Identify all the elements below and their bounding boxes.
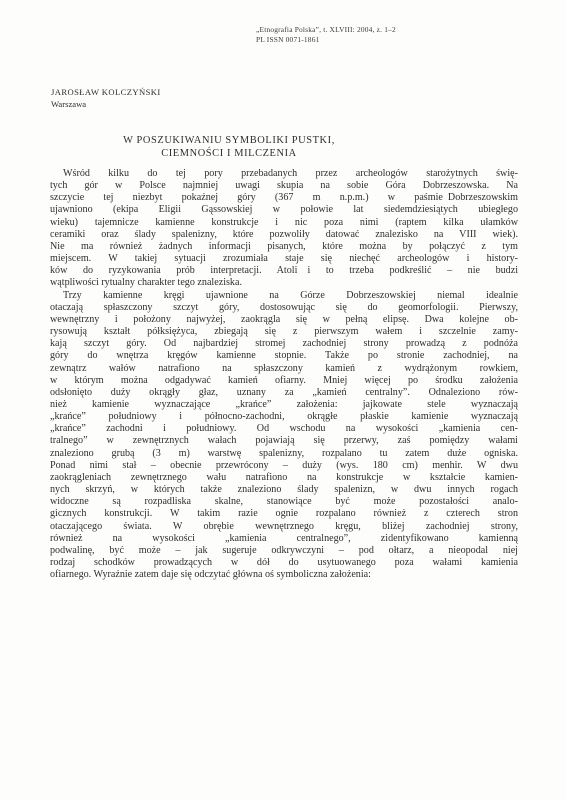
body-line: ceramiki oraz ślady spalenizny, które po… — [50, 229, 518, 241]
document-page: „Etnografia Polska”, t. XLVIII: 2004, z.… — [0, 0, 566, 800]
article-title-line1: W POSZUKIWANIU SYMBOLIKI PUSTKI, — [0, 134, 458, 147]
body-line: wewnętrzny i położony najwyżej, zaokrągl… — [50, 314, 518, 326]
body-line: tralnego” w zewnętrznych wałach pojawiaj… — [50, 435, 518, 447]
body-line: nież kamienie wyznaczające „krańce” zało… — [50, 399, 518, 411]
body-line: również na wysokości „kamienia centralne… — [50, 533, 518, 545]
body-line: ujawniono (ekipa Eligii Gąssowskiej w po… — [50, 204, 518, 216]
body-line: „krańce” zachodni i południowy. Od wscho… — [50, 423, 518, 435]
body-line: „krańce” południowy i północno-zachodni,… — [50, 411, 518, 423]
body-line: otaczającego świata. W obrębie wewnętrzn… — [50, 521, 518, 533]
article-body: Wśród kilku do tej pory przebadanych prz… — [50, 168, 518, 581]
body-line: wątpliwości rytualny charakter tego znal… — [50, 277, 518, 289]
body-line: zewnątrz wałów natrafiono na spłaszczony… — [50, 363, 518, 375]
body-line: ofiarnego. Wyraźnie zatem daje się odczy… — [50, 569, 518, 581]
body-line: szczycie tej niezbyt pokaźnej góry (367 … — [50, 192, 518, 204]
journal-header: „Etnografia Polska”, t. XLVIII: 2004, z.… — [256, 25, 396, 45]
body-line: miejscem. W takiej sytuacji zrozumiała s… — [50, 253, 518, 265]
body-line: tych gór w Polsce najmniej uwagi skupia … — [50, 180, 518, 192]
body-line: ków do ryzykowania prób interpretacji. A… — [50, 265, 518, 277]
body-line: Wśród kilku do tej pory przebadanych prz… — [50, 168, 518, 180]
body-line: w którym można odgadywać kamień ofiarny.… — [50, 375, 518, 387]
author-name: JAROSŁAW KOLCZYŃSKI — [51, 87, 161, 99]
journal-issn: PL ISSN 0071-1861 — [256, 35, 396, 45]
author-block: JAROSŁAW KOLCZYŃSKI Warszawa — [51, 87, 161, 110]
body-line: podwalinę, być może – jak sugeruje odkry… — [50, 545, 518, 557]
body-line: góry do wnętrza kręgów kamienne stopnie.… — [50, 350, 518, 362]
article-title: W POSZUKIWANIU SYMBOLIKI PUSTKI, CIEMNOŚ… — [0, 134, 458, 160]
body-line: znaleziono grubą (3 m) warstwę spalenizn… — [50, 448, 518, 460]
body-line: rysowują kształt półksiężyca, zbiegają s… — [50, 326, 518, 338]
body-line: nych skrzyń, w których także znaleziono … — [50, 484, 518, 496]
author-city: Warszawa — [51, 99, 161, 111]
body-line: otaczają spłaszczony szczyt góry, dostos… — [50, 302, 518, 314]
body-line: Trzy kamienne kręgi ujawnione na Górze D… — [50, 290, 518, 302]
body-line: wieku) tajemnicze kamienne konstrukcje i… — [50, 217, 518, 229]
body-line: Nie ma również żadnych informacji pisany… — [50, 241, 518, 253]
body-line: gicznych konstrukcji. W takim razie ogni… — [50, 508, 518, 520]
body-line: widoczne są rozpadliska skalne, stanowią… — [50, 496, 518, 508]
body-line: rodzaj schodków prowadzących w dół do us… — [50, 557, 518, 569]
body-line: kają szczyt góry. Od najbardziej stromej… — [50, 338, 518, 350]
body-line: zaokrągleniach zewnętrznego wału natrafi… — [50, 472, 518, 484]
body-line: odsłonięto duży okrągły głaz, uznany za … — [50, 387, 518, 399]
body-line: Ponad nimi stał – obecnie przewrócony – … — [50, 460, 518, 472]
article-title-line2: CIEMNOŚCI I MILCZENIA — [0, 147, 458, 160]
journal-citation: „Etnografia Polska”, t. XLVIII: 2004, z.… — [256, 25, 396, 35]
